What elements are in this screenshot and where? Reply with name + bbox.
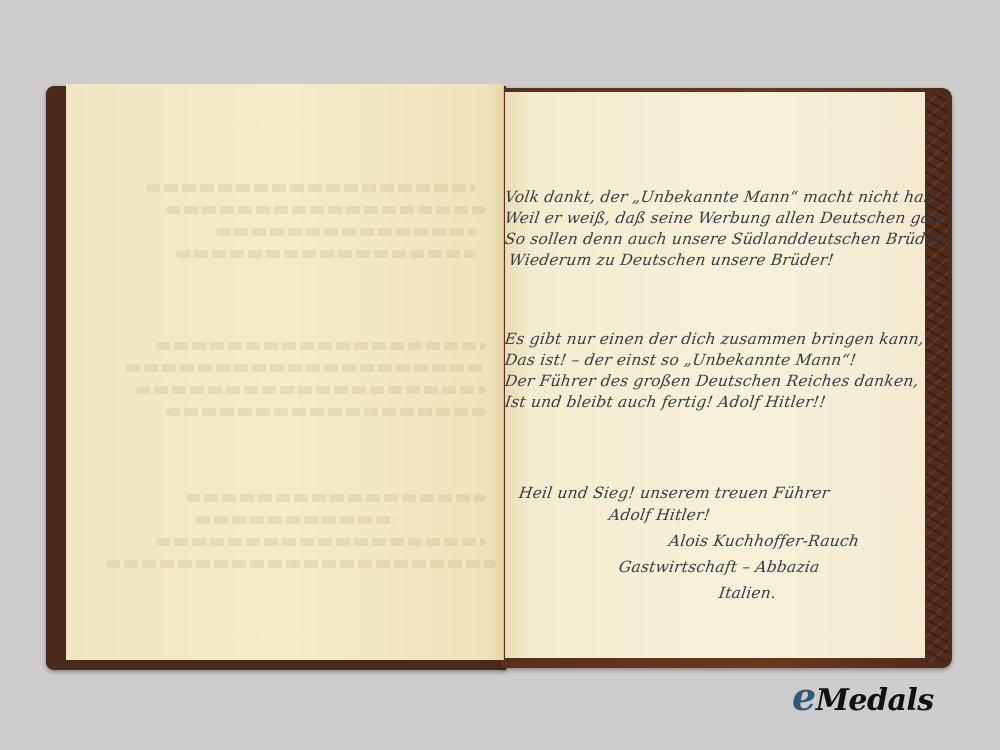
watermark-text: Medals <box>816 683 934 718</box>
show-through-line <box>176 250 476 258</box>
show-through-line <box>106 560 496 568</box>
handwritten-line: Der Führer des großen Deutschen Reiches … <box>504 372 926 390</box>
handwritten-line: Weil er weiß, daß seine Werbung allen De… <box>504 209 949 227</box>
handwritten-line: Adolf Hitler! <box>608 506 861 524</box>
album: Volk dankt, der „Unbekannte Mann“ macht … <box>46 84 952 670</box>
signature: Alois Kuchhoffer-Rauch <box>668 532 861 550</box>
show-through-line <box>156 342 486 350</box>
handwritten-line: Es gibt nur einen der dich zusammen brin… <box>504 330 926 348</box>
emedals-watermark: eMedals <box>792 674 934 719</box>
signature-country: Italien. <box>718 584 861 602</box>
handwritten-line: Heil und Sieg! unserem treuen Führer <box>518 484 861 502</box>
left-page <box>66 84 504 660</box>
handwritten-line: Volk dankt, der „Unbekannte Mann“ macht … <box>504 188 949 206</box>
signature-location: Gastwirtschaft – Abbazia <box>618 558 861 576</box>
show-through-line <box>166 206 486 214</box>
right-page: Volk dankt, der „Unbekannte Mann“ macht … <box>505 92 925 658</box>
handwritten-line: Wiederum zu Deutschen unsere Brüder! <box>508 251 949 269</box>
closing-dedication: Heil und Sieg! unserem treuen Führer Ado… <box>519 484 859 602</box>
stanza-2: Es gibt nur einen der dich zusammen brin… <box>505 330 924 411</box>
show-through-line <box>146 184 476 192</box>
handwritten-line: So sollen denn auch unsere Südlanddeutsc… <box>504 230 949 248</box>
handwritten-line: Ist und bleibt auch fertig! Adolf Hitler… <box>504 393 926 411</box>
watermark-e: e <box>792 674 816 719</box>
show-through-line <box>126 364 486 372</box>
show-through-line <box>196 516 396 524</box>
show-through-line <box>136 386 486 394</box>
show-through-line <box>186 494 486 502</box>
handwritten-line: Das ist! – der einst so „Unbekannte Mann… <box>504 351 926 369</box>
show-through-line <box>156 538 486 546</box>
stanza-1: Volk dankt, der „Unbekannte Mann“ macht … <box>505 188 947 269</box>
show-through-line <box>216 228 476 236</box>
show-through-line <box>166 408 486 416</box>
